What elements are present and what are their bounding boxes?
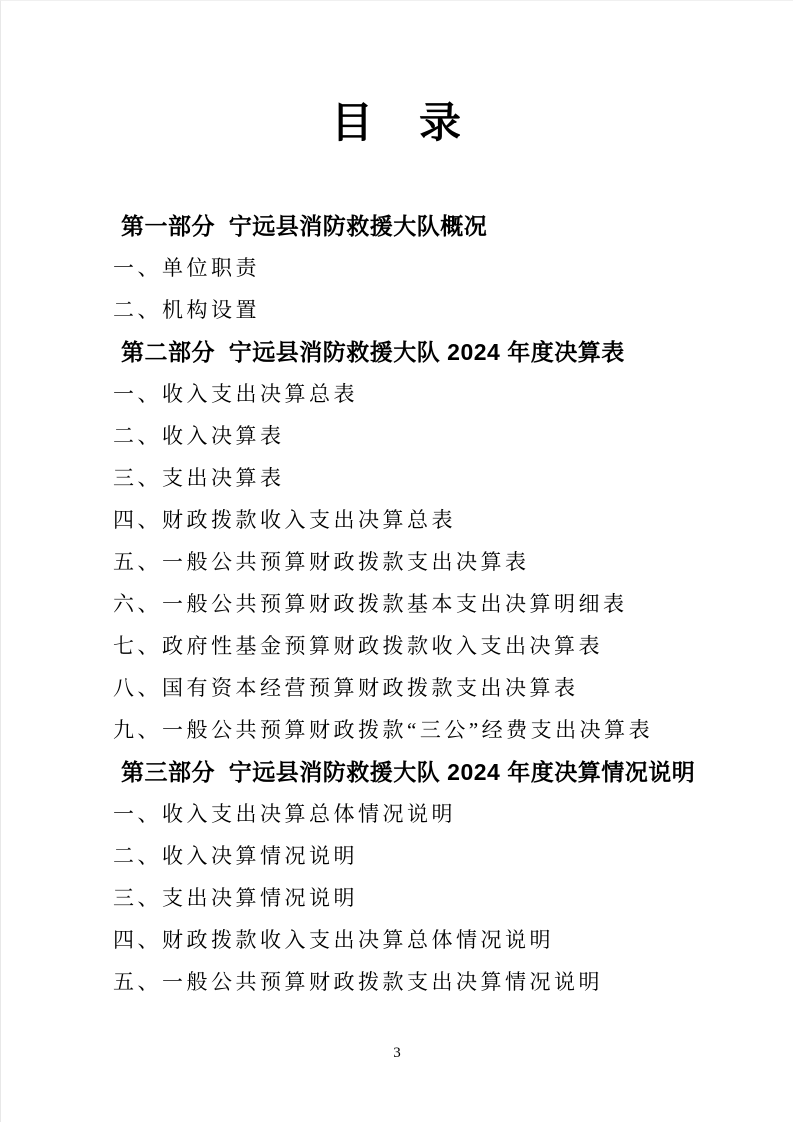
- toc-item: 五、一般公共预算财政拨款支出决算情况说明: [113, 961, 757, 1003]
- toc-item: 九、一般公共预算财政拨款“三公”经费支出决算表: [113, 709, 757, 751]
- toc-section: 第二部分 宁远县消防救援大队 2024 年度决算表 一、收入支出决算总表 二、收…: [113, 331, 757, 751]
- section-heading: 第三部分 宁远县消防救援大队 2024 年度决算情况说明: [121, 751, 757, 793]
- document-page: 目 录 第一部分 宁远县消防救援大队概况 一、单位职责 二、机构设置 第二部分 …: [0, 0, 793, 1122]
- toc-item: 三、支出决算表: [113, 457, 757, 499]
- toc-item: 一、收入支出决算总表: [113, 373, 757, 415]
- toc-item: 一、单位职责: [113, 247, 757, 289]
- toc-title: 目 录: [1, 97, 793, 149]
- toc-list: 第一部分 宁远县消防救援大队概况 一、单位职责 二、机构设置 第二部分 宁远县消…: [1, 205, 793, 1003]
- toc-item: 二、收入决算情况说明: [113, 835, 757, 877]
- section-heading: 第二部分 宁远县消防救援大队 2024 年度决算表: [121, 331, 757, 373]
- toc-section: 第三部分 宁远县消防救援大队 2024 年度决算情况说明 一、收入支出决算总体情…: [113, 751, 757, 1003]
- toc-item: 一、收入支出决算总体情况说明: [113, 793, 757, 835]
- toc-item: 六、一般公共预算财政拨款基本支出决算明细表: [113, 583, 757, 625]
- toc-item: 四、财政拨款收入支出决算总体情况说明: [113, 919, 757, 961]
- toc-item: 八、国有资本经营预算财政拨款支出决算表: [113, 667, 757, 709]
- page-number: 3: [1, 1044, 793, 1062]
- toc-item: 七、政府性基金预算财政拨款收入支出决算表: [113, 625, 757, 667]
- toc-item: 二、收入决算表: [113, 415, 757, 457]
- toc-section: 第一部分 宁远县消防救援大队概况 一、单位职责 二、机构设置: [113, 205, 757, 331]
- toc-item: 三、支出决算情况说明: [113, 877, 757, 919]
- toc-item: 四、财政拨款收入支出决算总表: [113, 499, 757, 541]
- toc-item: 五、一般公共预算财政拨款支出决算表: [113, 541, 757, 583]
- section-heading: 第一部分 宁远县消防救援大队概况: [121, 205, 757, 247]
- toc-item: 二、机构设置: [113, 289, 757, 331]
